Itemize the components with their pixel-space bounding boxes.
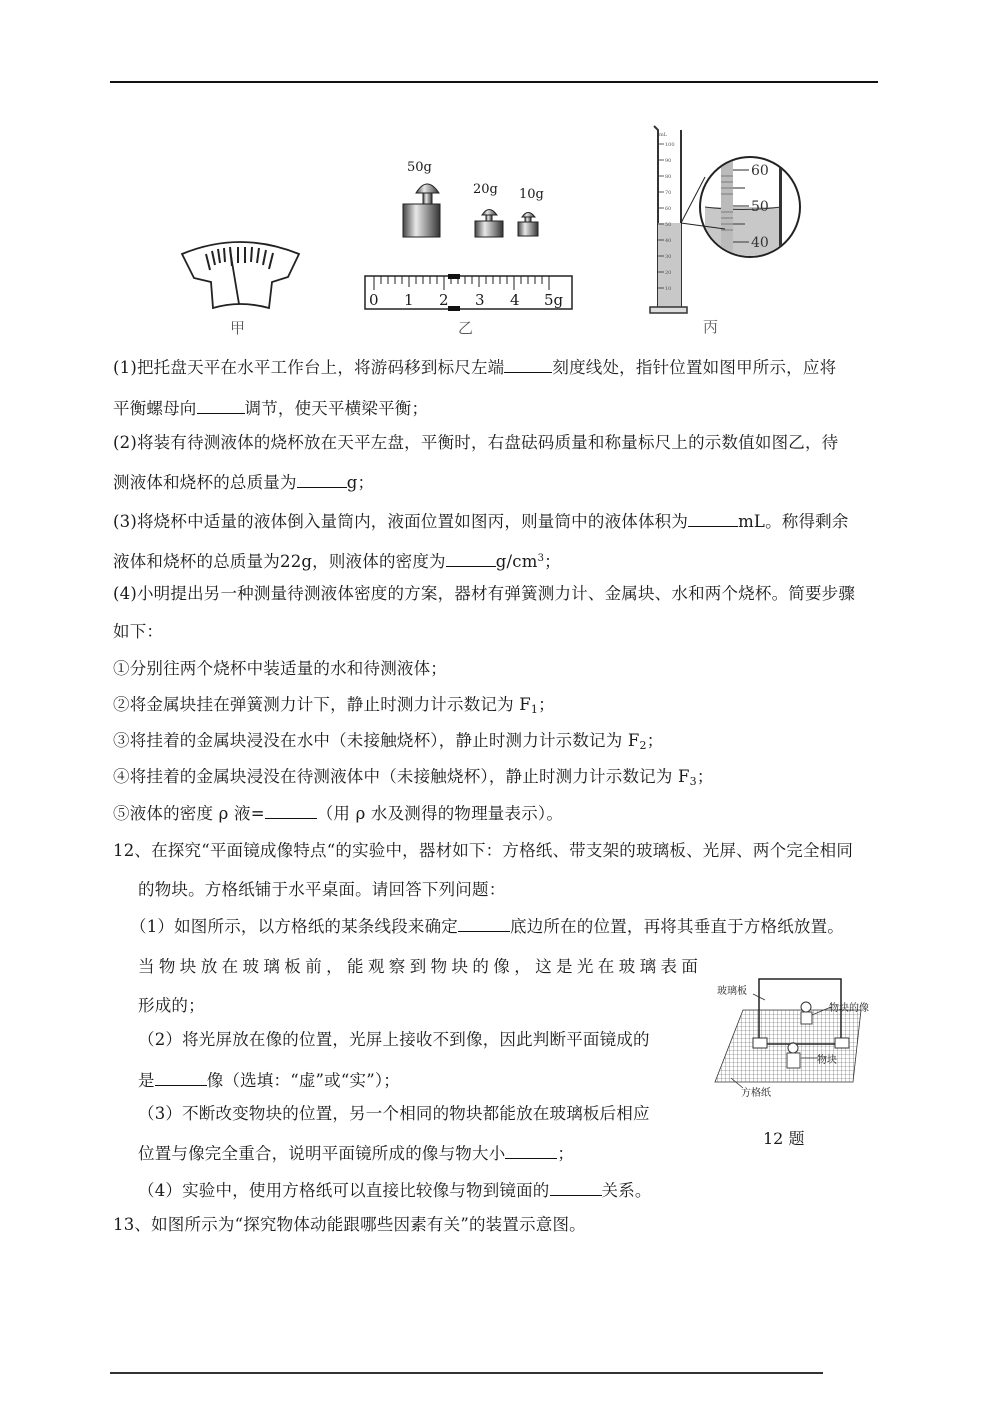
figure-bing-label: 丙 bbox=[703, 316, 718, 337]
svg-text:mL: mL bbox=[659, 132, 668, 138]
svg-text:50: 50 bbox=[751, 199, 769, 215]
svg-text:60: 60 bbox=[665, 206, 671, 212]
label-object: 物块 bbox=[817, 1051, 837, 1066]
figure-jia-label: 甲 bbox=[230, 317, 245, 338]
q11-p1-line1: (1)把托盘天平在水平工作台上，将游码移到标尺左端刻度线处，指针位置如图甲所示，… bbox=[113, 357, 836, 378]
graduated-cylinder-icon: 100908070 60504030 2010 mL 60 50 40 bbox=[645, 122, 820, 317]
figure-yi-ruler: 0 1 2 3 4 5g bbox=[364, 274, 574, 311]
svg-text:80: 80 bbox=[665, 174, 671, 180]
figure-bing-cylinder: 100908070 60504030 2010 mL 60 50 40 bbox=[645, 122, 820, 317]
svg-text:30: 30 bbox=[665, 254, 671, 260]
figure-jia-balance-dial bbox=[178, 232, 303, 322]
balance-dial-icon bbox=[178, 232, 303, 322]
weights-icon bbox=[395, 160, 555, 242]
figure-12-plane-mirror: 玻璃板 物块的像 物块 方格纸 bbox=[713, 970, 873, 1100]
answer-blank-size-relation[interactable] bbox=[505, 1143, 557, 1159]
q12-p1-line2: 当物块放在玻璃板前，能观察到物块的像，这是光在玻璃表面 bbox=[138, 957, 702, 977]
q11-step4: ④将挂着的金属块浸没在待测液体中（未接触烧杯），静止时测力计示数记为 F3； bbox=[113, 767, 714, 792]
q11-step5: ⑤液体的密度 ρ 液=（用 ρ 水及测得的物理量表示）。 bbox=[113, 803, 563, 824]
answer-blank-glass-edge[interactable] bbox=[458, 916, 510, 932]
q11-p4-line1: (4)小明提出另一种测量待测液体密度的方案，器材有弹簧测力计、金属块、水和两个烧… bbox=[113, 584, 855, 604]
q13-line1: 13、如图所示为“探究物体动能跟哪些因素有关”的装置示意图。 bbox=[113, 1215, 586, 1235]
q11-p2-line1: (2)将装有待测液体的烧杯放在天平左盘，平衡时，右盘砝码质量和称量标尺上的示数值… bbox=[113, 433, 838, 453]
answer-blank-density-formula[interactable] bbox=[265, 803, 317, 819]
svg-text:20: 20 bbox=[665, 270, 671, 276]
answer-blank-volume[interactable] bbox=[688, 511, 738, 527]
svg-text:90: 90 bbox=[665, 158, 671, 164]
figure-yi-weights: 50g 20g 10g bbox=[395, 160, 555, 242]
label-object-image: 物块的像 bbox=[829, 999, 869, 1014]
figure-yi-label: 乙 bbox=[458, 317, 473, 338]
q12-p2-line2: 是像（选填：“虚”或“实”）； bbox=[138, 1070, 400, 1091]
svg-text:60: 60 bbox=[751, 163, 769, 179]
answer-blank-density[interactable] bbox=[446, 551, 496, 567]
q11-step3: ③将挂着的金属块浸没在水中（未接触烧杯），静止时测力计示数记为 F2； bbox=[113, 731, 663, 756]
svg-text:10: 10 bbox=[665, 286, 671, 292]
q11-p4-line2: 如下： bbox=[113, 622, 163, 642]
q12-p3-line1: （3）不断改变物块的位置，另一个相同的物块都能放在玻璃板后相应 bbox=[138, 1104, 650, 1124]
q12-p1-line1: （1）如图所示，以方格纸的某条线段来确定底边所在的位置，再将其垂直于方格纸放置。 bbox=[130, 916, 844, 937]
q12-p2-line1: （2）将光屏放在像的位置，光屏上接收不到像，因此判断平面镜成的 bbox=[138, 1030, 650, 1050]
q11-p1-line2: 平衡螺母向调节，使天平横梁平衡； bbox=[113, 398, 428, 419]
answer-blank-total-mass[interactable] bbox=[297, 472, 347, 488]
q11-p3-line1: (3)将烧杯中适量的液体倒入量筒内，液面位置如图丙，则量筒中的液体体积为mL。称… bbox=[113, 511, 849, 532]
ruler-icon bbox=[364, 274, 574, 311]
q12-line1: 12、在探究“平面镜成像特点“的实验中，器材如下：方格纸、带支架的玻璃板、光屏、… bbox=[113, 841, 853, 861]
answer-blank-adjust-direction[interactable] bbox=[197, 398, 245, 414]
rider-bottom bbox=[448, 306, 460, 311]
q12-p4-line1: （4）实验中，使用方格纸可以直接比较像与物到镜面的关系。 bbox=[138, 1180, 652, 1201]
q11-step2: ②将金属块挂在弹簧测力计下，静止时测力计示数记为 F1； bbox=[113, 695, 555, 720]
svg-text:50: 50 bbox=[665, 222, 671, 228]
label-glass-plate: 玻璃板 bbox=[717, 982, 747, 997]
answer-blank-image-type[interactable] bbox=[155, 1070, 207, 1086]
label-grid-paper: 方格纸 bbox=[741, 1084, 771, 1099]
q11-p2-line2: 测液体和烧杯的总质量为g； bbox=[113, 472, 374, 493]
footer-rule bbox=[110, 1372, 823, 1374]
svg-text:70: 70 bbox=[665, 190, 671, 196]
svg-text:40: 40 bbox=[665, 238, 671, 244]
answer-blank-distance-relation[interactable] bbox=[550, 1180, 602, 1196]
header-rule bbox=[110, 81, 878, 83]
q12-p3-line2: 位置与像完全重合，说明平面镜所成的像与物大小； bbox=[138, 1143, 574, 1164]
q12-p1-line3: 形成的； bbox=[138, 996, 205, 1016]
svg-text:40: 40 bbox=[751, 235, 769, 251]
figure-12-caption: 12 题 bbox=[763, 1126, 804, 1149]
answer-blank-zero-mark[interactable] bbox=[504, 357, 552, 373]
q11-p3-line2: 液体和烧杯的总质量为22g，则液体的密度为g/cm3； bbox=[113, 549, 561, 572]
q11-step1: ①分别往两个烧杯中装适量的水和待测液体； bbox=[113, 659, 447, 679]
svg-text:100: 100 bbox=[665, 142, 675, 148]
q12-line2: 的物块。方格纸铺于水平桌面。请回答下列问题： bbox=[138, 880, 505, 900]
rider-top bbox=[448, 274, 460, 279]
